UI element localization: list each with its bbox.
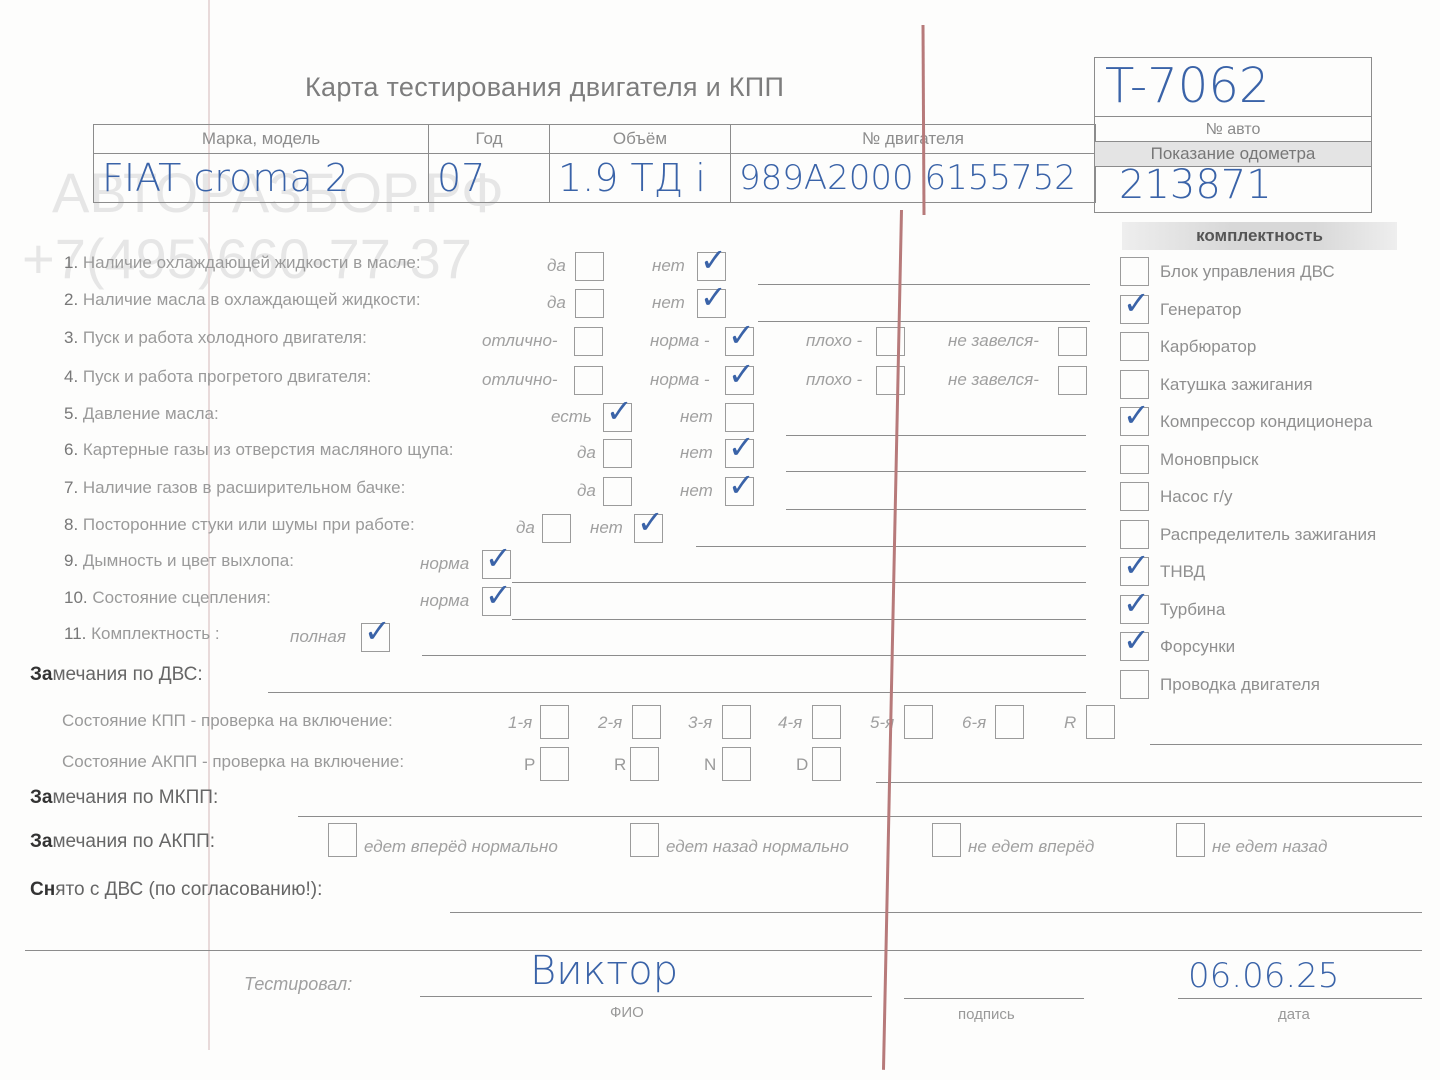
check-mark-icon: ✓ [728,358,755,390]
checkbox-q10-1[interactable]: ✓ [482,587,511,616]
volume-value[interactable]: 1.9 TД i [550,154,731,203]
gear-label: 3-я [688,713,712,733]
comment-line[interactable] [512,619,1086,620]
check-mark-icon: ✓ [728,431,755,463]
kit-item-label: Распределитель зажигания [1160,525,1376,545]
checklist-question-6: 6. Картерные газы из отверстия масляного… [64,440,453,460]
option-label: отлично- [482,370,558,390]
checklist-question-7: 7. Наличие газов в расширительном бачке: [64,478,405,498]
col-engine-number: № двигателя [731,125,1096,154]
checklist-question-10: 10. Состояние сцепления: [64,588,271,608]
kit-heading: комплектность [1122,222,1397,250]
comment-line[interactable] [696,546,1086,547]
remarks-manual-label: Замечания по МКПП: [30,787,218,809]
manual-gearbox-line[interactable] [1150,744,1422,745]
kit-checkbox[interactable]: ✓ [1120,295,1149,324]
kit-checkbox[interactable] [1120,482,1149,511]
comment-line[interactable] [786,471,1086,472]
comment-line[interactable] [786,435,1086,436]
option-label: плохо - [806,370,862,390]
make-model-value[interactable]: FIAT croma 2 [94,154,429,203]
remarks-engine-label: Замечания по ДВС: [30,664,203,686]
option-label: да [577,481,596,501]
option-label: нет [590,518,623,538]
akpp-remark-label: не едет вперёд [968,837,1094,857]
auto-number-value[interactable]: T-7062 [1105,58,1269,114]
kit-checkbox[interactable] [1120,332,1149,361]
year-value[interactable]: 07 [429,154,550,203]
name-line [420,996,872,997]
comment-line[interactable] [758,284,1090,285]
kit-checkbox[interactable] [1120,370,1149,399]
check-mark-icon: ✓ [485,542,512,574]
gear-checkbox[interactable] [722,705,751,739]
check-mark-icon: ✓ [364,615,391,647]
kit-checkbox[interactable] [1120,445,1149,474]
date-value[interactable]: 06.06.25 [1188,956,1339,996]
kit-checkbox[interactable]: ✓ [1120,595,1149,624]
signature-line[interactable] [904,998,1084,999]
remarks-auto-label: Замечания по АКПП: [30,831,215,853]
checkbox-q3-2[interactable]: ✓ [725,327,754,356]
mode-checkbox[interactable] [722,747,751,781]
engine-number-value[interactable]: 989A2000 6155752 [731,154,1096,203]
kit-item-label: Моновпрыск [1160,450,1259,470]
check-mark-icon: ✓ [485,579,512,611]
checklist-question-4: 4. Пуск и работа прогретого двигателя: [64,367,371,387]
odometer-value[interactable]: 213871 [1119,162,1272,208]
kit-item-label: Проводка двигателя [1160,675,1320,695]
check-mark-icon: ✓ [728,469,755,501]
kit-item-label: Катушка зажигания [1160,375,1313,395]
akpp-remark-label: не едет назад [1212,837,1327,857]
checkbox-q8-1[interactable] [542,514,571,543]
check-mark-icon: ✓ [700,281,727,313]
option-label: не завелся- [948,331,1039,351]
akpp-remark-checkbox[interactable] [932,823,961,857]
kit-item-label: Форсунки [1160,637,1235,657]
checklist-question-11: 11. Комплектность : [64,624,220,644]
kit-item-label: Блок управления ДВС [1160,262,1335,282]
checklist-question-1: 1. Наличие охлаждающей жидкости в масле: [64,253,421,273]
gear-checkbox[interactable] [540,705,569,739]
checkbox-q11-1[interactable]: ✓ [361,623,390,652]
checkbox-q3-3[interactable] [876,327,905,356]
checkbox-q4-1[interactable] [574,366,603,395]
akpp-remark-checkbox[interactable] [328,823,357,857]
check-mark-icon: ✓ [1123,549,1150,581]
auto-number-box: T-7062 № авто Показание одометра 213871 [1094,57,1372,213]
option-label: плохо - [806,331,862,351]
kit-checkbox[interactable]: ✓ [1120,632,1149,661]
option-label: норма - [650,370,710,390]
mode-label: N [704,755,716,775]
kit-item-label: Генератор [1160,300,1241,320]
akpp-remark-checkbox[interactable] [630,823,659,857]
checkbox-q1-1[interactable] [575,252,604,281]
gear-label: 6-я [962,713,986,733]
option-label: норма [420,554,469,574]
vehicle-info-table: Марка, модель Год Объём № двигателя FIAT… [93,124,1096,203]
checkbox-q7-2[interactable]: ✓ [725,477,754,506]
option-label: норма [420,591,469,611]
option-label: да [516,518,535,538]
option-label: да [577,443,596,463]
kit-item-label: Компрессор кондиционера [1160,412,1372,432]
checkbox-q4-4[interactable] [1058,366,1087,395]
kit-item-label: Насос г/у [1160,487,1233,507]
tested-by-label: Тестировал: [244,974,352,995]
kit-checkbox[interactable]: ✓ [1120,557,1149,586]
removed-line[interactable] [450,912,1422,913]
col-make-model: Марка, модель [94,125,429,154]
checkbox-q7-1[interactable] [603,477,632,506]
checklist-question-2: 2. Наличие масла в охлаждающей жидкости: [64,290,421,310]
checkbox-q9-1[interactable]: ✓ [482,550,511,579]
checklist-question-3: 3. Пуск и работа холодного двигателя: [64,328,367,348]
checkbox-q8-2[interactable]: ✓ [634,514,663,543]
checkbox-q6-2[interactable]: ✓ [725,439,754,468]
remarks-engine-line[interactable] [268,692,1086,693]
signature-caption: подпись [958,1006,1015,1023]
option-label: есть [551,407,592,427]
col-volume: Объём [550,125,731,154]
document-title: Карта тестирования двигателя и КПП [305,72,784,103]
checkbox-q4-3[interactable] [876,366,905,395]
akpp-remark-label: едет вперёд нормально [364,837,558,857]
kit-checkbox[interactable]: ✓ [1120,407,1149,436]
kit-checkbox[interactable] [1120,520,1149,549]
checkbox-q5-1[interactable]: ✓ [603,403,632,432]
tester-name[interactable]: Виктор [530,948,678,994]
gear-checkbox[interactable] [1086,705,1115,739]
gear-label: 1-я [508,713,532,733]
removed-label: Снято с ДВС (по согласованию!): [30,879,322,901]
kit-item-label: ТНВД [1160,562,1205,582]
gear-label: 2-я [598,713,622,733]
gear-label: R [1064,713,1076,733]
kit-item-label: Карбюратор [1160,337,1256,357]
gear-checkbox[interactable] [995,705,1024,739]
comment-line[interactable] [758,321,1090,322]
remarks-manual-line[interactable] [298,816,1422,817]
checkbox-q2-2[interactable]: ✓ [697,289,726,318]
option-label: нет [680,481,713,501]
manual-gearbox-label: Состояние КПП - проверка на включение: [62,711,393,731]
option-label: норма - [650,331,710,351]
checkbox-q1-2[interactable]: ✓ [697,252,726,281]
checklist-question-9: 9. Дымность и цвет выхлопа: [64,551,294,571]
option-label: отлично- [482,331,558,351]
option-label: да [547,293,566,313]
mode-checkbox[interactable] [630,747,659,781]
comment-line[interactable] [786,509,1086,510]
col-year: Год [429,125,550,154]
option-label: нет [680,407,713,427]
check-mark-icon: ✓ [1123,287,1150,319]
mode-label: P [524,755,535,775]
option-label: не завелся- [948,370,1039,390]
checkbox-q2-1[interactable] [575,289,604,318]
check-mark-icon: ✓ [637,506,664,538]
check-mark-icon: ✓ [1123,587,1150,619]
mode-label: R [614,755,626,775]
kit-item-label: Турбина [1160,600,1225,620]
gear-label: 4-я [778,713,802,733]
auto-number-label: № авто [1095,116,1371,142]
option-label: нет [652,293,685,313]
kit-checkbox[interactable] [1120,257,1149,286]
name-caption: ФИО [610,1004,644,1021]
option-label: нет [652,256,685,276]
check-mark-icon: ✓ [1123,624,1150,656]
akpp-remark-checkbox[interactable] [1176,823,1205,857]
checkbox-q4-2[interactable]: ✓ [725,366,754,395]
checklist-question-8: 8. Посторонние стуки или шумы при работе… [64,515,415,535]
comment-line[interactable] [422,655,1086,656]
kit-checkbox[interactable] [1120,670,1149,699]
date-line [1178,998,1422,999]
checkbox-q3-1[interactable] [574,327,603,356]
option-label: полная [290,627,346,647]
akpp-remark-label: едет назад нормально [666,837,849,857]
check-mark-icon: ✓ [700,244,727,276]
removed-line-2[interactable] [25,950,1422,951]
gear-checkbox[interactable] [904,705,933,739]
check-mark-icon: ✓ [728,319,755,351]
gear-checkbox[interactable] [812,705,841,739]
check-mark-icon: ✓ [606,395,633,427]
auto-gearbox-label: Состояние АКПП - проверка на включение: [62,752,404,772]
mode-checkbox[interactable] [812,747,841,781]
option-label: да [547,256,566,276]
date-caption: дата [1278,1006,1310,1023]
mode-checkbox[interactable] [540,747,569,781]
check-mark-icon: ✓ [1123,399,1150,431]
fold-line-center-top [922,25,926,215]
checkbox-q6-1[interactable] [603,439,632,468]
mode-label: D [796,755,808,775]
auto-gearbox-line[interactable] [876,782,1422,783]
gear-checkbox[interactable] [632,705,661,739]
checklist-question-5: 5. Давление масла: [64,404,219,424]
option-label: нет [680,443,713,463]
comment-line[interactable] [512,582,1086,583]
checkbox-q3-4[interactable] [1058,327,1087,356]
